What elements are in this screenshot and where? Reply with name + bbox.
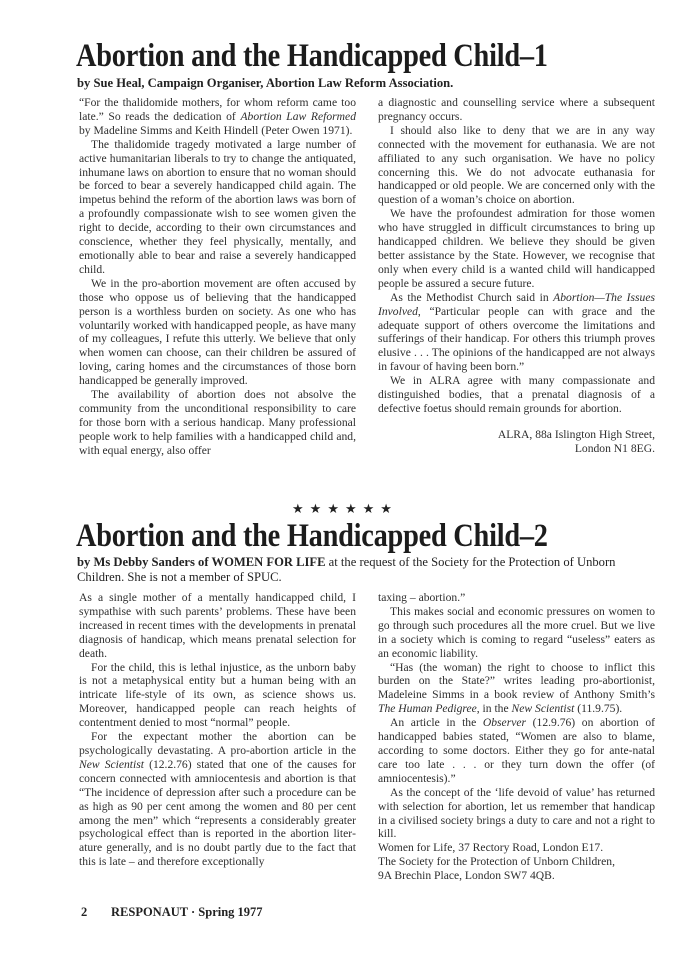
article2-left-column: As a single mother of a mentally handica… — [79, 591, 356, 869]
address-line: Women for Life, 37 Rectory Road, London … — [378, 841, 655, 855]
paragraph: I should also like to deny that we are i… — [378, 124, 655, 207]
paragraph: a diagnostic and counselling service whe… — [378, 96, 655, 124]
paragraph: “Has (the woman) the right to choose to … — [378, 661, 655, 717]
paragraph: For the child, this is lethal injustice,… — [79, 661, 356, 731]
address-line: 9A Brechin Place, London SW7 4QB. — [378, 869, 655, 883]
paragraph: For the expectant mother the abortion ca… — [79, 730, 356, 869]
paragraph: taxing – abortion.” — [378, 591, 655, 605]
publication-name: RESPONAUT · Spring 1977 — [111, 905, 263, 919]
paragraph: “For the thalidomide mothers, for whom r… — [79, 96, 356, 138]
paragraph: This makes social and economic pressures… — [378, 605, 655, 661]
paragraph: The thalidomide tragedy motivated a larg… — [79, 138, 356, 277]
paragraph: We in the pro-abortion movement are ofte… — [79, 277, 356, 388]
article1-byline: by Sue Heal, Campaign Organiser, Abortio… — [77, 76, 637, 91]
article2-title: Abortion and the Handicapped Child–2 — [76, 518, 558, 554]
paragraph: The availability of abortion does not ab… — [79, 388, 356, 458]
address-line: ALRA, 88a Islington High Street, — [378, 428, 655, 442]
address-line: London N1 8EG. — [378, 442, 655, 456]
paragraph: As the concept of the ‘life devoid of va… — [378, 786, 655, 842]
article2-right-column: taxing – abortion.” This makes social an… — [378, 591, 655, 883]
article2-byline: by Ms Debby Sanders of WOMEN FOR LIFE at… — [77, 555, 637, 585]
page-footer: 2RESPONAUT · Spring 1977 — [81, 905, 263, 920]
address-line: The Society for the Protection of Unborn… — [378, 855, 655, 869]
magazine-page: Abortion and the Handicapped Child–1 by … — [0, 0, 690, 973]
article1-right-column: a diagnostic and counselling service whe… — [378, 96, 655, 456]
article1-left-column: “For the thalidomide mothers, for whom r… — [79, 96, 356, 458]
paragraph: An article in the Observer (12.9.76) on … — [378, 716, 655, 786]
article1-title: Abortion and the Handicapped Child–1 — [76, 38, 558, 74]
paragraph: As the Methodist Church said in Abortion… — [378, 291, 655, 374]
paragraph: We have the profoundest admiration for t… — [378, 207, 655, 290]
page-number: 2 — [81, 905, 111, 920]
section-separator-stars: ★★★★★★ — [0, 502, 690, 517]
paragraph: We in ALRA agree with many compassionate… — [378, 374, 655, 416]
paragraph: As a single mother of a mentally handica… — [79, 591, 356, 661]
